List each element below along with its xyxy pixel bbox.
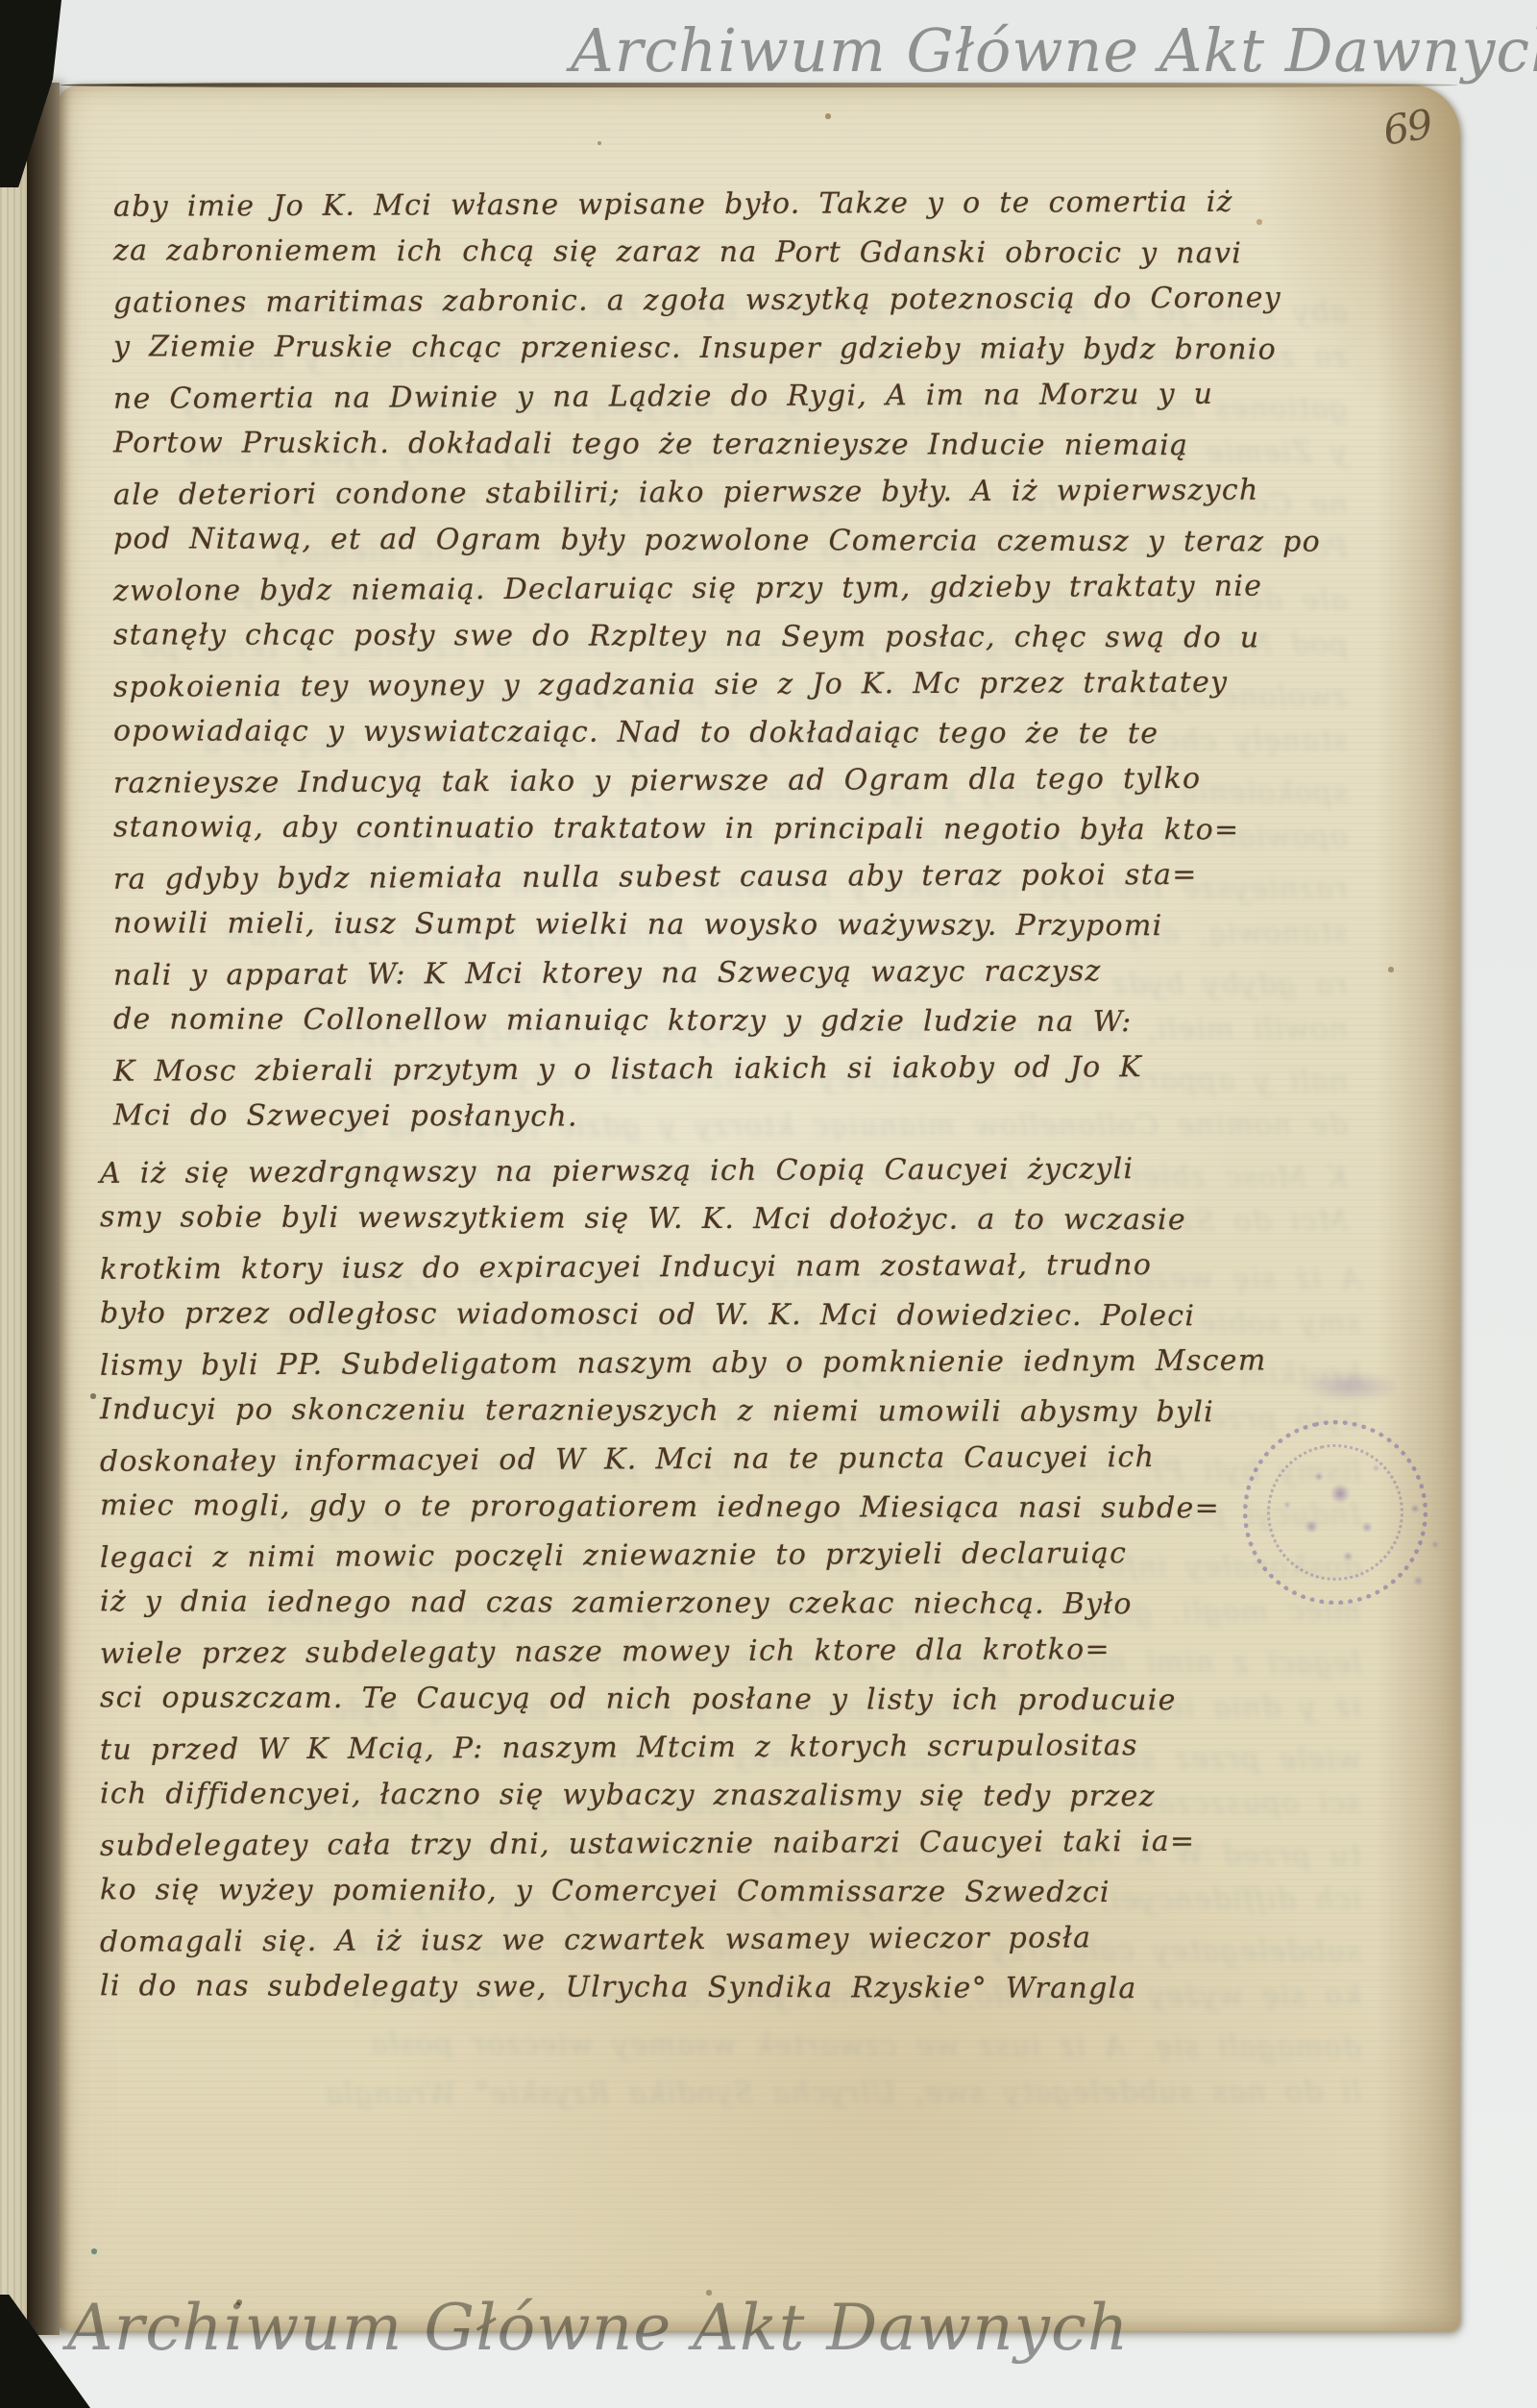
manuscript-line: li do nas subdelegaty swe, Ulrycha Syndi… — [100, 1962, 1348, 2013]
manuscript-line: zwolone bydz niemaią. Declaruiąc się prz… — [113, 562, 1348, 616]
manuscript-line: za zabroniemem ich chcą się zaraz na Por… — [113, 227, 1348, 278]
manuscript-line: krotkim ktory iusz do expiracyei Inducyi… — [100, 1241, 1348, 1294]
manuscript-line: aby imie Jo K. Mci własne wpisane było. … — [113, 178, 1348, 232]
manuscript-text: aby imie Jo K. Mci własne wpisane było. … — [113, 181, 1348, 2012]
manuscript-line: Inducyi po skonczeniu teraznieyszych z n… — [100, 1386, 1348, 1437]
manuscript-line: ich diffidencyei, łaczno się wybaczy zna… — [100, 1770, 1348, 1821]
manuscript-line: de nomine Collonellow mianuiąc ktorzy y … — [113, 995, 1348, 1046]
manuscript-line: stanowią, aby continuatio traktatow in p… — [113, 803, 1348, 854]
manuscript-line: Mci do Szwecyei posłanych. — [113, 1092, 1348, 1143]
manuscript-line: A iż się wezdrgnąwszy na pierwszą ich Co… — [100, 1144, 1348, 1198]
manuscript-line: subdelegatey cała trzy dni, ustawicznie … — [100, 1817, 1348, 1871]
manuscript-line: opowiadaiąc y wyswiatczaiąc. Nad to dokł… — [113, 707, 1348, 758]
manuscript-line: y Ziemie Pruskie chcąc przeniesc. Insupe… — [113, 323, 1348, 374]
watermark-bottom: Archiwum Główne Akt Dawnych — [67, 2291, 1129, 2365]
manuscript-line: było przez odległosc wiadomosci od W. K.… — [100, 1290, 1348, 1340]
manuscript-line: gationes maritimas zabronic. a zgoła wsz… — [113, 274, 1348, 328]
manuscript-line: domagali się. A iż iusz we czwartek wsam… — [100, 1913, 1348, 1967]
paragraph-2: A iż się wezdrgnąwszy na pierwszą ich Co… — [100, 1147, 1348, 2012]
manuscript-line: sci opuszczam. Te Caucyą od nich posłane… — [100, 1674, 1348, 1725]
manuscript-line: legaci z nimi mowic poczęli zniewaznie t… — [100, 1529, 1348, 1583]
manuscript-line: lismy byli PP. Subdeligatom naszym aby o… — [100, 1337, 1348, 1390]
manuscript-line: ra gdyby bydz niemiała nulla subest caus… — [113, 850, 1348, 904]
manuscript-line: stanęły chcąc posły swe do Rzpltey na Se… — [113, 611, 1348, 662]
manuscript-line: nali y apparat W: K Mci ktorey na Szwecy… — [113, 946, 1348, 1000]
manuscript-line: ne Comertia na Dwinie y na Lądzie do Ryg… — [113, 370, 1348, 424]
manuscript-line: smy sobie byli wewszytkiem się W. K. Mci… — [100, 1193, 1348, 1244]
manuscript-line: spokoienia tey woyney y zgadzania sie z … — [113, 658, 1348, 712]
manuscript-line: ale deteriori condone stabiliri; iako pi… — [113, 466, 1348, 520]
stamp-ink-smudge — [1395, 1480, 1462, 1624]
manuscript-line: miec mogli, gdy o te prorogatiorem iedne… — [100, 1482, 1348, 1533]
manuscript-line: tu przed W K Mcią, P: naszym Mtcim z kto… — [100, 1721, 1348, 1775]
paragraph-1: aby imie Jo K. Mci własne wpisane było. … — [113, 181, 1348, 1142]
manuscript-line: K Mosc zbierali przytym y o listach iaki… — [113, 1043, 1348, 1096]
manuscript-line: ko się wyżey pomieniło, y Comercyei Comm… — [100, 1866, 1348, 1917]
folio-number: 69 — [1379, 100, 1434, 154]
book-page-stack-edge — [0, 83, 29, 2408]
manuscript-line: raznieysze Inducyą tak iako y pierwsze a… — [113, 754, 1348, 808]
manuscript-line: wiele przez subdelegaty nasze mowey ich … — [100, 1625, 1348, 1679]
manuscript-line: iż y dnia iednego nad czas zamierzoney c… — [100, 1578, 1348, 1629]
manuscript-line: pod Nitawą, et ad Ogram były pozwolone C… — [113, 515, 1348, 566]
manuscript-line: doskonałey informacyei od W K. Mci na te… — [100, 1433, 1348, 1487]
book-gutter — [27, 83, 60, 2335]
manuscript-line: Portow Pruskich. dokładali tego że teraz… — [113, 419, 1348, 470]
stamp-ink-smudge — [1268, 1353, 1431, 1420]
manuscript-line: nowili mieli, iusz Sumpt wielki na woysk… — [113, 899, 1348, 950]
watermark-top: Archiwum Główne Akt Dawnych — [571, 15, 1537, 86]
